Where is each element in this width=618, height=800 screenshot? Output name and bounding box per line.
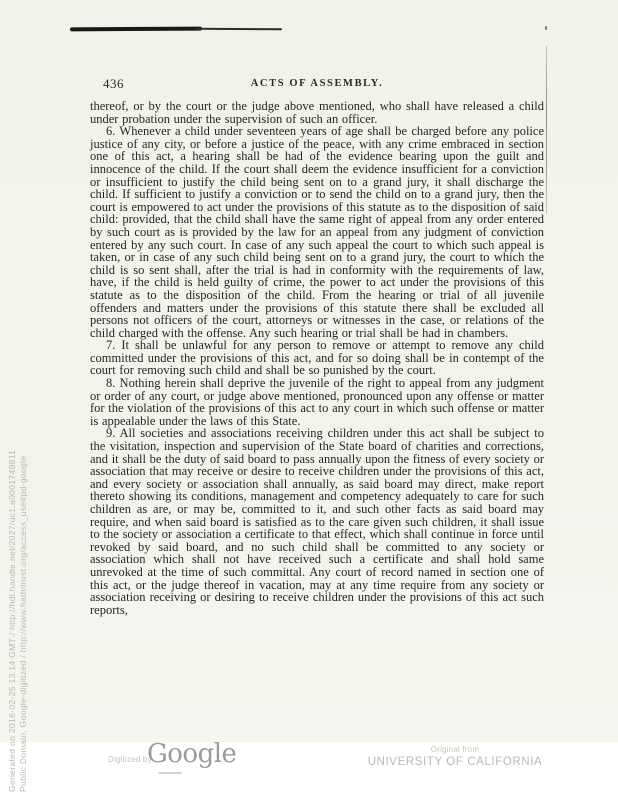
digitized-by-label: Digitized by xyxy=(108,755,152,764)
watermark-generated-line: Generated on 2016-02-25 13:14 GMT / http… xyxy=(7,177,18,792)
original-from-label: Original from xyxy=(355,745,555,754)
running-head-title: ACTS OF ASSEMBLY. xyxy=(90,78,544,89)
page-header: 436 ACTS OF ASSEMBLY. xyxy=(90,76,544,92)
body-paragraph-section-9: 9. All societies and associations receiv… xyxy=(90,427,544,616)
body-paragraph-section-7: 7. It shall be unlawful for any person t… xyxy=(90,339,544,377)
scan-artifact-top-line xyxy=(70,27,202,32)
page-footer: Digitized by Google Original from UNIVER… xyxy=(0,738,618,800)
google-logo-smudge xyxy=(158,772,182,774)
body-paragraph: thereof, or by the court or the judge ab… xyxy=(90,100,544,125)
body-paragraph-section-6: 6. Whenever a child under seventeen year… xyxy=(90,125,544,339)
institution-label: UNIVERSITY OF CALIFORNIA xyxy=(355,756,555,768)
hathitrust-watermark: Generated on 2016-02-25 13:14 GMT / http… xyxy=(7,177,28,792)
body-paragraph-section-8: 8. Nothing herein shall deprive the juve… xyxy=(90,377,544,427)
scan-artifact-top-line-tail xyxy=(196,28,282,30)
scan-artifact-speck xyxy=(545,26,547,30)
scan-artifact-edge-line xyxy=(546,46,547,214)
original-from-block: Original from UNIVERSITY OF CALIFORNIA xyxy=(355,745,555,768)
scanned-book-page: { "doc": { "page_number": "436", "header… xyxy=(0,0,618,800)
watermark-public-domain-line: Public Domain, Google-digitized / http:/… xyxy=(18,177,29,792)
google-logo: Google xyxy=(147,739,236,769)
body-text-block: thereof, or by the court or the judge ab… xyxy=(90,100,544,616)
